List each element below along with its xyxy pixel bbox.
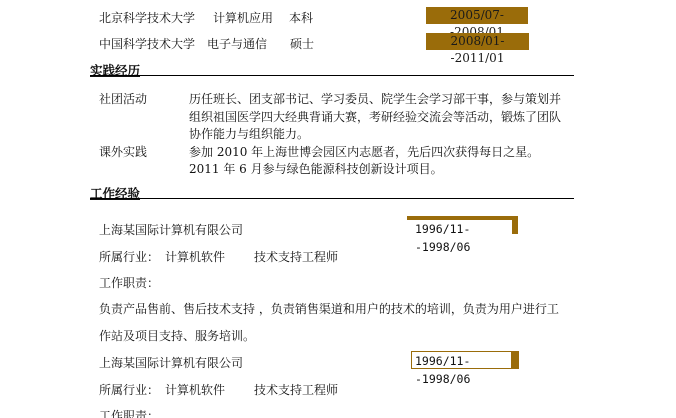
job-period: 1996/11--1998/06 <box>407 216 518 234</box>
job-position: 技术支持工程师 <box>254 381 338 398</box>
edu-major: 电子与通信 <box>207 35 267 52</box>
job-duty-label: 工作职责： <box>99 274 159 291</box>
section-divider <box>90 198 574 199</box>
practice-label: 社团活动 <box>99 90 147 107</box>
practice-text: 协作能力与组织能力。 <box>189 125 309 142</box>
job-industry: 计算机软件 <box>165 248 225 265</box>
edu-school: 中国科学技术大学 <box>99 35 195 52</box>
job-period: 1996/11--1998/06 <box>411 351 519 369</box>
section-divider <box>90 75 574 76</box>
section-title-work: 工作经验 <box>90 184 140 202</box>
practice-text: 2011 年 6 月参与绿色能源科技创新设计项目。 <box>189 160 443 177</box>
job-duty-text: 负责产品售前、售后技术支持 ，负责销售渠道和用户的技术的培训，负责为用户进行工 <box>99 300 559 317</box>
practice-text: 参加 2010 年上海世博会园区内志愿者，先后四次获得每日之星。 <box>189 143 539 160</box>
job-company: 上海某国际计算机有限公司 <box>99 221 243 238</box>
edu-period: 2008/01--2011/01 <box>426 33 529 50</box>
edu-school: 北京科学技术大学 <box>99 9 195 26</box>
job-industry: 计算机软件 <box>165 381 225 398</box>
section-title-practice: 实践经历 <box>90 61 140 79</box>
practice-text: 组织祖国医学四大经典背诵大赛，考研经验交流会等活动，锻炼了团队 <box>189 108 561 125</box>
edu-period: 2005/07--2008/01 <box>426 7 528 24</box>
job-industry-label: 所属行业： <box>99 381 159 398</box>
edu-major: 计算机应用 <box>213 9 273 26</box>
job-industry-label: 所属行业： <box>99 248 159 265</box>
edu-degree: 硕士 <box>290 35 314 52</box>
practice-text: 历任班长、团支部书记、学习委员、院学生会学习部干事，参与策划并 <box>189 90 561 107</box>
job-company: 上海某国际计算机有限公司 <box>99 354 243 371</box>
edu-degree: 本科 <box>289 9 313 26</box>
job-position: 技术支持工程师 <box>254 248 338 265</box>
practice-label: 课外实践 <box>99 143 147 160</box>
job-duty-text: 作站及项目支持、服务培训。 <box>99 327 255 344</box>
job-duty-label: 工作职责： <box>99 407 159 418</box>
